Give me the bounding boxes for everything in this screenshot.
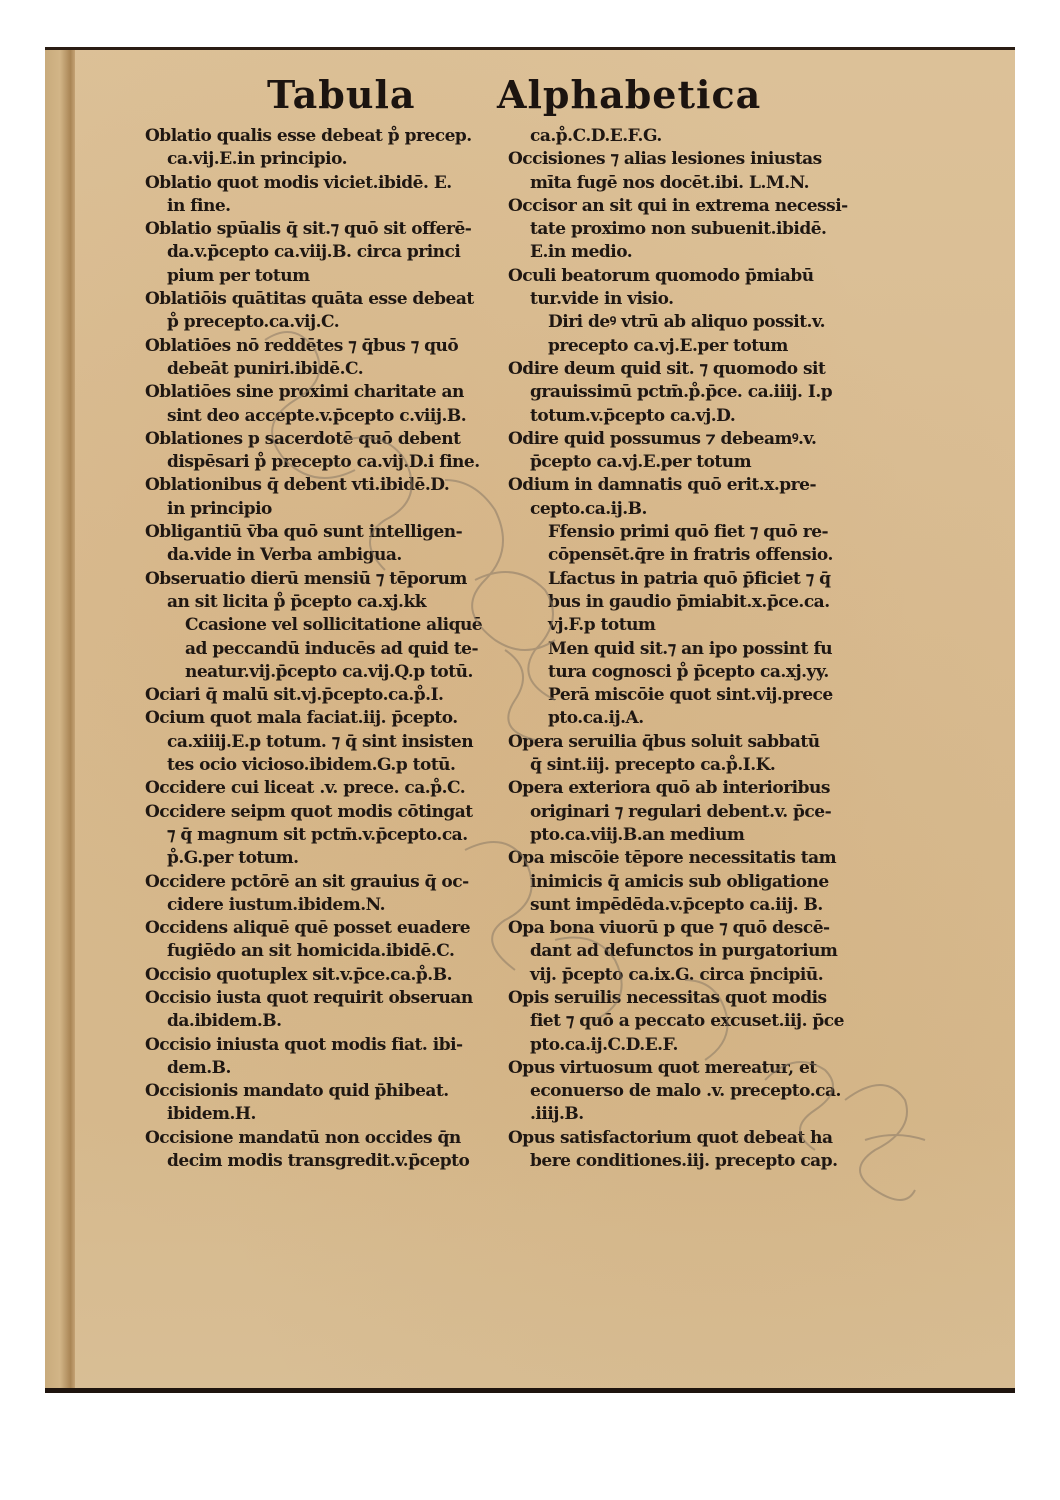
index-entry-continuation: grauissimū pctm̄.p̊.p̄ce. ca.iiij. I.p bbox=[508, 381, 880, 404]
index-entry-continuation: in principio bbox=[145, 498, 517, 521]
index-entry-continuation: bus in gaudio p̄miabit.x.p̄ce.ca. bbox=[508, 591, 880, 614]
index-entry-continuation: ad peccandū inducēs ad quid te- bbox=[145, 638, 517, 661]
index-entry-continuation: cepto.ca.ij.B. bbox=[508, 498, 880, 521]
index-entry-heading: Perā miscōie quot sint.vij.prece bbox=[508, 684, 880, 707]
index-entry-continuation: vij. p̄cepto ca.ix.G. circa p̄ncipiū. bbox=[508, 964, 880, 987]
index-entry-heading: Ociari q̄ malū sit.vj.p̄cepto.ca.p̊.I. bbox=[145, 684, 517, 707]
index-entry-heading: Odium in damnatis quō erit.x.pre- bbox=[508, 474, 880, 497]
index-entry: Ociari q̄ malū sit.vj.p̄cepto.ca.p̊.I. bbox=[145, 684, 517, 707]
index-entry-continuation: pto.ca.viij.B.an medium bbox=[508, 824, 880, 847]
index-entry-heading: Oculi beatorum quomodo p̄miabū bbox=[508, 265, 880, 288]
index-entry-continuation: sint deo accepte.v.p̄cepto c.viij.B. bbox=[145, 405, 517, 428]
index-entry-continuation: dant ad defunctos in purgatorium bbox=[508, 940, 880, 963]
index-entry-heading: Oblatio qualis esse debeat p̊ precep. bbox=[145, 125, 517, 148]
index-entry-continuation: pto.ca.ij.C.D.E.F. bbox=[508, 1034, 880, 1057]
index-entry: Men quid sit.⁊ an ipo possint futura cog… bbox=[508, 638, 880, 685]
index-entry-heading: Opera seruilia q̄bus soluit sabbatū bbox=[508, 731, 880, 754]
page-binding-edge bbox=[45, 50, 75, 1388]
index-entry-continuation: econuerso de malo .v. precepto.ca. bbox=[508, 1080, 880, 1103]
index-entry-heading: Occisionis mandato quid p̄hibeat. bbox=[145, 1080, 517, 1103]
index-entry-continuation: decim modis transgredit.v.p̄cepto bbox=[145, 1150, 517, 1173]
index-entry: Lfactus in patria quō p̄ficiet ⁊ q̄bus i… bbox=[508, 568, 880, 638]
index-entry-continuation: fugiēdo an sit homicida.ibidē.C. bbox=[145, 940, 517, 963]
index-entry-continuation: ca.vij.E.in principio. bbox=[145, 148, 517, 171]
index-entry-continuation: pto.ca.ij.A. bbox=[508, 707, 880, 730]
page-title: Tabula Alphabetica bbox=[45, 72, 1015, 122]
index-entry: Oblatio quot modis viciet.ibidē. E.in fi… bbox=[145, 172, 517, 219]
index-entry: Perā miscōie quot sint.vij.precepto.ca.i… bbox=[508, 684, 880, 731]
index-entry: Ccasione vel sollicitatione aliquēad pec… bbox=[145, 614, 517, 684]
title-word-tabula: Tabula bbox=[267, 72, 416, 117]
title-word-alphabetica: Alphabetica bbox=[497, 72, 761, 117]
index-entry-heading: Occidere pctōrē an sit grauius q̄ oc- bbox=[145, 871, 517, 894]
index-entry-heading: Odire deum quid sit. ⁊ quomodo sit bbox=[508, 358, 880, 381]
index-entry: Oblatio spūalis q̄ sit.⁊ quō sit offerē-… bbox=[145, 218, 517, 288]
index-entry: Obligantiū v̄ba quō sunt intelligen-da.v… bbox=[145, 521, 517, 568]
index-entry: Oblationes p sacerdotē quō debentdispēsa… bbox=[145, 428, 517, 475]
index-entry-continuation: an sit licita p̊ p̄cepto ca.xj.kk bbox=[145, 591, 517, 614]
index-entry-heading: Occisione mandatū non occides q̄n bbox=[145, 1127, 517, 1150]
index-entry-continuation: tura cognosci p̊ p̄cepto ca.xj.yy. bbox=[508, 661, 880, 684]
index-entry-continuation: ibidem.H. bbox=[145, 1103, 517, 1126]
right-column-index: ca.p̊.C.D.E.F.G.Occisiones ⁊ alias lesio… bbox=[508, 125, 880, 1173]
index-entry-heading: Lfactus in patria quō p̄ficiet ⁊ q̄ bbox=[508, 568, 880, 591]
index-entry: Opa miscōie tēpore necessitatis taminimi… bbox=[508, 847, 880, 917]
index-entry-continuation: dem.B. bbox=[145, 1057, 517, 1080]
left-column-index: Oblatio qualis esse debeat p̊ precep.ca.… bbox=[145, 125, 517, 1173]
index-entry: Oblatiōes nō reddētes ⁊ q̄bus ⁊ quōdebeā… bbox=[145, 335, 517, 382]
index-entry-continuation: ⁊ q̄ magnum sit pctm̄.v.p̄cepto.ca. bbox=[145, 824, 517, 847]
index-entry-heading: Oblatiōes nō reddētes ⁊ q̄bus ⁊ quō bbox=[145, 335, 517, 358]
index-entry-continuation: p̊.G.per totum. bbox=[145, 847, 517, 870]
index-entry: Occisio iusta quot requirit obseruanda.i… bbox=[145, 987, 517, 1034]
index-entry-heading: Opus satisfactorium quot debeat ha bbox=[508, 1127, 880, 1150]
index-entry-heading: Opa bona viuorū p que ⁊ quō descē- bbox=[508, 917, 880, 940]
index-entry-heading: Occisio quotuplex sit.v.p̄ce.ca.p̊.B. bbox=[145, 964, 517, 987]
index-entry-continuation: originari ⁊ regulari debent.v. p̄ce- bbox=[508, 801, 880, 824]
index-entry-continuation: neatur.vij.p̄cepto ca.vij.Q.p totū. bbox=[145, 661, 517, 684]
index-entry-heading: Oblatiōes sine proximi charitate an bbox=[145, 381, 517, 404]
index-entry-heading: Obseruatio dierū mensiū ⁊ tēporum bbox=[145, 568, 517, 591]
index-entry: Diri deꝰ vtrū ab aliquo possit.v.precept… bbox=[508, 311, 880, 358]
index-entry-heading: Oblationes p sacerdotē quō debent bbox=[145, 428, 517, 451]
index-entry-heading: Opis seruilis necessitas quot modis bbox=[508, 987, 880, 1010]
index-entry-continuation: da.ibidem.B. bbox=[145, 1010, 517, 1033]
index-entry-heading: Oblatio spūalis q̄ sit.⁊ quō sit offerē- bbox=[145, 218, 517, 241]
index-entry-continuation: tur.vide in visio. bbox=[508, 288, 880, 311]
index-entry-heading: Oblatio quot modis viciet.ibidē. E. bbox=[145, 172, 517, 195]
index-entry: Occisiones ⁊ alias lesiones iniustasmīta… bbox=[508, 148, 880, 195]
index-entry: Opera seruilia q̄bus soluit sabbatūq̄ si… bbox=[508, 731, 880, 778]
index-entry-heading: Occisio iniusta quot modis fiat. ibi- bbox=[145, 1034, 517, 1057]
index-entry: ca.p̊.C.D.E.F.G. bbox=[508, 125, 880, 148]
index-entry-heading: ca.p̊.C.D.E.F.G. bbox=[508, 125, 880, 148]
index-entry: Occidere pctōrē an sit grauius q̄ oc-cid… bbox=[145, 871, 517, 918]
index-entry: Occisione mandatū non occides q̄ndecim m… bbox=[145, 1127, 517, 1174]
index-entry: Opis seruilis necessitas quot modisfiet … bbox=[508, 987, 880, 1057]
index-entry: Occisionis mandato quid p̄hibeat.ibidem.… bbox=[145, 1080, 517, 1127]
index-entry: Occidere seipm quot modis cōtingat⁊ q̄ m… bbox=[145, 801, 517, 871]
index-entry: Opus virtuosum quot mereatur, eteconuers… bbox=[508, 1057, 880, 1127]
index-entry-heading: Diri deꝰ vtrū ab aliquo possit.v. bbox=[508, 311, 880, 334]
index-entry-continuation: p̄cepto ca.vj.E.per totum bbox=[508, 451, 880, 474]
index-entry-continuation: totum.v.p̄cepto ca.vj.D. bbox=[508, 405, 880, 428]
index-entry: Occidens aliquē quē posset euaderefugiēd… bbox=[145, 917, 517, 964]
index-entry: Occisio iniusta quot modis fiat. ibi-dem… bbox=[145, 1034, 517, 1081]
index-entry-continuation: cōpensēt.q̄re in fratris offensio. bbox=[508, 544, 880, 567]
index-entry: Obseruatio dierū mensiū ⁊ tēporuman sit … bbox=[145, 568, 517, 615]
index-entry-continuation: tate proximo non subuenit.ibidē. bbox=[508, 218, 880, 241]
index-entry-heading: Opus virtuosum quot mereatur, et bbox=[508, 1057, 880, 1080]
index-entry: Opa bona viuorū p que ⁊ quō descē-dant a… bbox=[508, 917, 880, 987]
index-entry-heading: Oblatiōis quātitas quāta esse debeat bbox=[145, 288, 517, 311]
index-entry-heading: Ffensio primi quō fiet ⁊ quō re- bbox=[508, 521, 880, 544]
index-entry-continuation: in fine. bbox=[145, 195, 517, 218]
index-entry-heading: Opa miscōie tēpore necessitatis tam bbox=[508, 847, 880, 870]
index-entry: Odire quid possumus ⁊ debeamꝰ.v.p̄cepto … bbox=[508, 428, 880, 475]
index-entry-continuation: pium per totum bbox=[145, 265, 517, 288]
index-entry-heading: Occisiones ⁊ alias lesiones iniustas bbox=[508, 148, 880, 171]
index-entry: Occidere cui liceat .v. prece. ca.p̊.C. bbox=[145, 777, 517, 800]
index-entry: Ocium quot mala faciat.iij. p̄cepto.ca.x… bbox=[145, 707, 517, 777]
index-entry-heading: Occidere cui liceat .v. prece. ca.p̊.C. bbox=[145, 777, 517, 800]
index-entry-continuation: q̄ sint.iij. precepto ca.p̊.I.K. bbox=[508, 754, 880, 777]
index-entry-continuation: inimicis q̄ amicis sub obligatione bbox=[508, 871, 880, 894]
index-entry: Oblatio qualis esse debeat p̊ precep.ca.… bbox=[145, 125, 517, 172]
index-entry-heading: Occidere seipm quot modis cōtingat bbox=[145, 801, 517, 824]
index-entry-continuation: precepto ca.vj.E.per totum bbox=[508, 335, 880, 358]
index-entry: Occisor an sit qui in extrema necessi-ta… bbox=[508, 195, 880, 265]
index-entry-continuation: .iiij.B. bbox=[508, 1103, 880, 1126]
index-entry-continuation: da.vide in Verba ambigua. bbox=[145, 544, 517, 567]
index-entry-continuation: vj.F.p totum bbox=[508, 614, 880, 637]
index-entry-heading: Oblationibus q̄ debent vti.ibidē.D. bbox=[145, 474, 517, 497]
index-entry-continuation: da.v.p̄cepto ca.viij.B. circa princi bbox=[145, 241, 517, 264]
index-entry: Opera exteriora quō ab interioribusorigi… bbox=[508, 777, 880, 847]
index-entry-heading: Occidens aliquē quē posset euadere bbox=[145, 917, 517, 940]
index-entry: Ffensio primi quō fiet ⁊ quō re-cōpensēt… bbox=[508, 521, 880, 568]
index-entry-continuation: bere conditiones.iij. precepto cap. bbox=[508, 1150, 880, 1173]
index-entry-heading: Occisor an sit qui in extrema necessi- bbox=[508, 195, 880, 218]
book-page: Tabula Alphabetica Oblatio qualis esse d… bbox=[45, 47, 1015, 1393]
index-entry-heading: Men quid sit.⁊ an ipo possint fu bbox=[508, 638, 880, 661]
index-entry-heading: Occisio iusta quot requirit obseruan bbox=[145, 987, 517, 1010]
index-entry: Odium in damnatis quō erit.x.pre-cepto.c… bbox=[508, 474, 880, 521]
index-entry: Oculi beatorum quomodo p̄miabūtur.vide i… bbox=[508, 265, 880, 312]
index-entry: Oblatiōis quātitas quāta esse debeatp̊ p… bbox=[145, 288, 517, 335]
index-entry: Odire deum quid sit. ⁊ quomodo sitgrauis… bbox=[508, 358, 880, 428]
index-entry-continuation: ca.xiiij.E.p totum. ⁊ q̄ sint insisten bbox=[145, 731, 517, 754]
index-entry-continuation: dispēsari p̊ precepto ca.vij.D.i fine. bbox=[145, 451, 517, 474]
index-entry-continuation: E.in medio. bbox=[508, 241, 880, 264]
index-entry-heading: Ocium quot mala faciat.iij. p̄cepto. bbox=[145, 707, 517, 730]
index-entry-continuation: cidere iustum.ibidem.N. bbox=[145, 894, 517, 917]
index-entry-heading: Ccasione vel sollicitatione aliquē bbox=[145, 614, 517, 637]
index-entry-continuation: debeāt puniri.ibidē.C. bbox=[145, 358, 517, 381]
index-entry-continuation: tes ocio vicioso.ibidem.G.p totū. bbox=[145, 754, 517, 777]
index-entry-heading: Opera exteriora quō ab interioribus bbox=[508, 777, 880, 800]
index-entry: Oblationibus q̄ debent vti.ibidē.D.in pr… bbox=[145, 474, 517, 521]
index-entry: Opus satisfactorium quot debeat habere c… bbox=[508, 1127, 880, 1174]
index-entry-continuation: mīta fugē nos docēt.ibi. L.M.N. bbox=[508, 172, 880, 195]
index-entry: Occisio quotuplex sit.v.p̄ce.ca.p̊.B. bbox=[145, 964, 517, 987]
index-entry-continuation: sunt impēdēda.v.p̄cepto ca.iij. B. bbox=[508, 894, 880, 917]
index-entry-continuation: p̊ precepto.ca.vij.C. bbox=[145, 311, 517, 334]
index-entry-continuation: fiet ⁊ quō a peccato excuset.iij. p̄ce bbox=[508, 1010, 880, 1033]
index-entry: Oblatiōes sine proximi charitate ansint … bbox=[145, 381, 517, 428]
index-entry-heading: Odire quid possumus ⁊ debeamꝰ.v. bbox=[508, 428, 880, 451]
index-entry-heading: Obligantiū v̄ba quō sunt intelligen- bbox=[145, 521, 517, 544]
